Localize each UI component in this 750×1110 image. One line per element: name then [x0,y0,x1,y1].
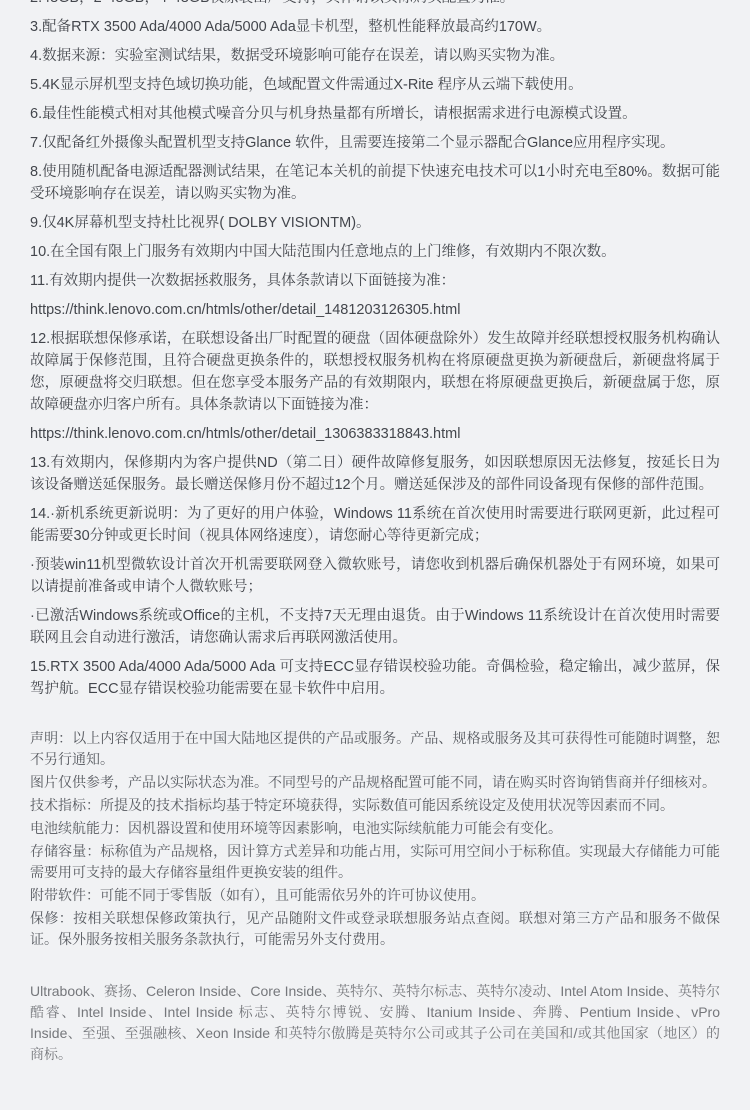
note-item: ·已激活Windows系统或Office的主机，不支持7天无理由退货。由于Win… [30,605,720,649]
note-item: 7.仅配备红外摄像头配置机型支持Glance 软件，且需要连接第二个显示器配合G… [30,132,720,154]
note-item: 5.4K显示屏机型支持色域切换功能，色域配置文件需通过X-Rite 程序从云端下… [30,74,720,96]
disclaimer-paragraph: 附带软件：可能不同于零售版（如有），且可能需依另外的许可协议使用。 [30,885,720,906]
note-item: 6.最佳性能模式相对其他模式噪音分贝与机身热量都有所增长，请根据需求进行电源模式… [30,103,720,125]
note-item: 8.使用随机配备电源适配器测试结果，在笔记本关机的前提下快速充电技术可以1小时充… [30,161,720,205]
disclaimer-paragraph: 保修：按相关联想保修政策执行，见产品随附文件或登录联想服务站点查阅。联想对第三方… [30,908,720,950]
note-item: 9.仅4K屏幕机型支持杜比视界( DOLBY VISIONTM)。 [30,212,720,234]
disclaimer-section: 声明：以上内容仅适用于在中国大陆地区提供的产品或服务。产品、规格或服务及其可获得… [30,728,720,950]
note-item: 10.在全国有限上门服务有效期内中国大陆范围内任意地点的上门维修，有效期内不限次… [30,241,720,263]
note-item: 13.有效期内，保修期内为客户提供ND（第二日）硬件故障修复服务，如因联想原因无… [30,452,720,496]
note-item: 15.RTX 3500 Ada/4000 Ada/5000 Ada 可支持ECC… [30,656,720,700]
disclaimer-paragraph: 电池续航能力：因机器设置和使用环境等因素影响，电池实际续航能力可能会有变化。 [30,818,720,839]
trademark-section: Ultrabook、赛扬、Celeron Inside、Core Inside、… [30,981,720,1065]
note-item: 11.有效期内提供一次数据拯救服务，具体条款请以下面链接为准： [30,270,720,292]
note-item: 3.配备RTX 3500 Ada/4000 Ada/5000 Ada显卡机型，整… [30,16,720,38]
disclaimer-paragraph: 声明：以上内容仅适用于在中国大陆地区提供的产品或服务。产品、规格或服务及其可获得… [30,728,720,770]
notes-section: 2.48GB，2*48GB，4*48GB仅原装出厂支持，具体请以实际购买配置为准… [30,0,720,700]
note-item: 4.数据来源：实验室测试结果，数据受环境影响可能存在误差，请以购买实物为准。 [30,45,720,67]
service-terms-url: https://think.lenovo.com.cn/htmls/other/… [30,299,720,321]
trademark-notice: Ultrabook、赛扬、Celeron Inside、Core Inside、… [30,981,720,1065]
note-item: 2.48GB，2*48GB，4*48GB仅原装出厂支持，具体请以实际购买配置为准… [30,0,720,9]
product-notes-page: 2.48GB，2*48GB，4*48GB仅原装出厂支持，具体请以实际购买配置为准… [0,0,750,1110]
disclaimer-paragraph: 技术指标：所提及的技术指标均基于特定环境获得，实际数值可能因系统设定及使用状况等… [30,795,720,816]
disclaimer-paragraph: 图片仅供参考，产品以实际状态为准。不同型号的产品规格配置可能不同，请在购买时咨询… [30,772,720,793]
service-terms-url: https://think.lenovo.com.cn/htmls/other/… [30,423,720,445]
note-item: 14.·新机系统更新说明：为了更好的用户体验，Windows 11系统在首次使用… [30,503,720,547]
note-item: 12.根据联想保修承诺，在联想设备出厂时配置的硬盘（固体硬盘除外）发生故障并经联… [30,328,720,416]
disclaimer-paragraph: 存储容量：标称值为产品规格，因计算方式差异和功能占用，实际可用空间小于标称值。实… [30,841,720,883]
note-item: ·预装win11机型微软设计首次开机需要联网登入微软账号，请您收到机器后确保机器… [30,554,720,598]
